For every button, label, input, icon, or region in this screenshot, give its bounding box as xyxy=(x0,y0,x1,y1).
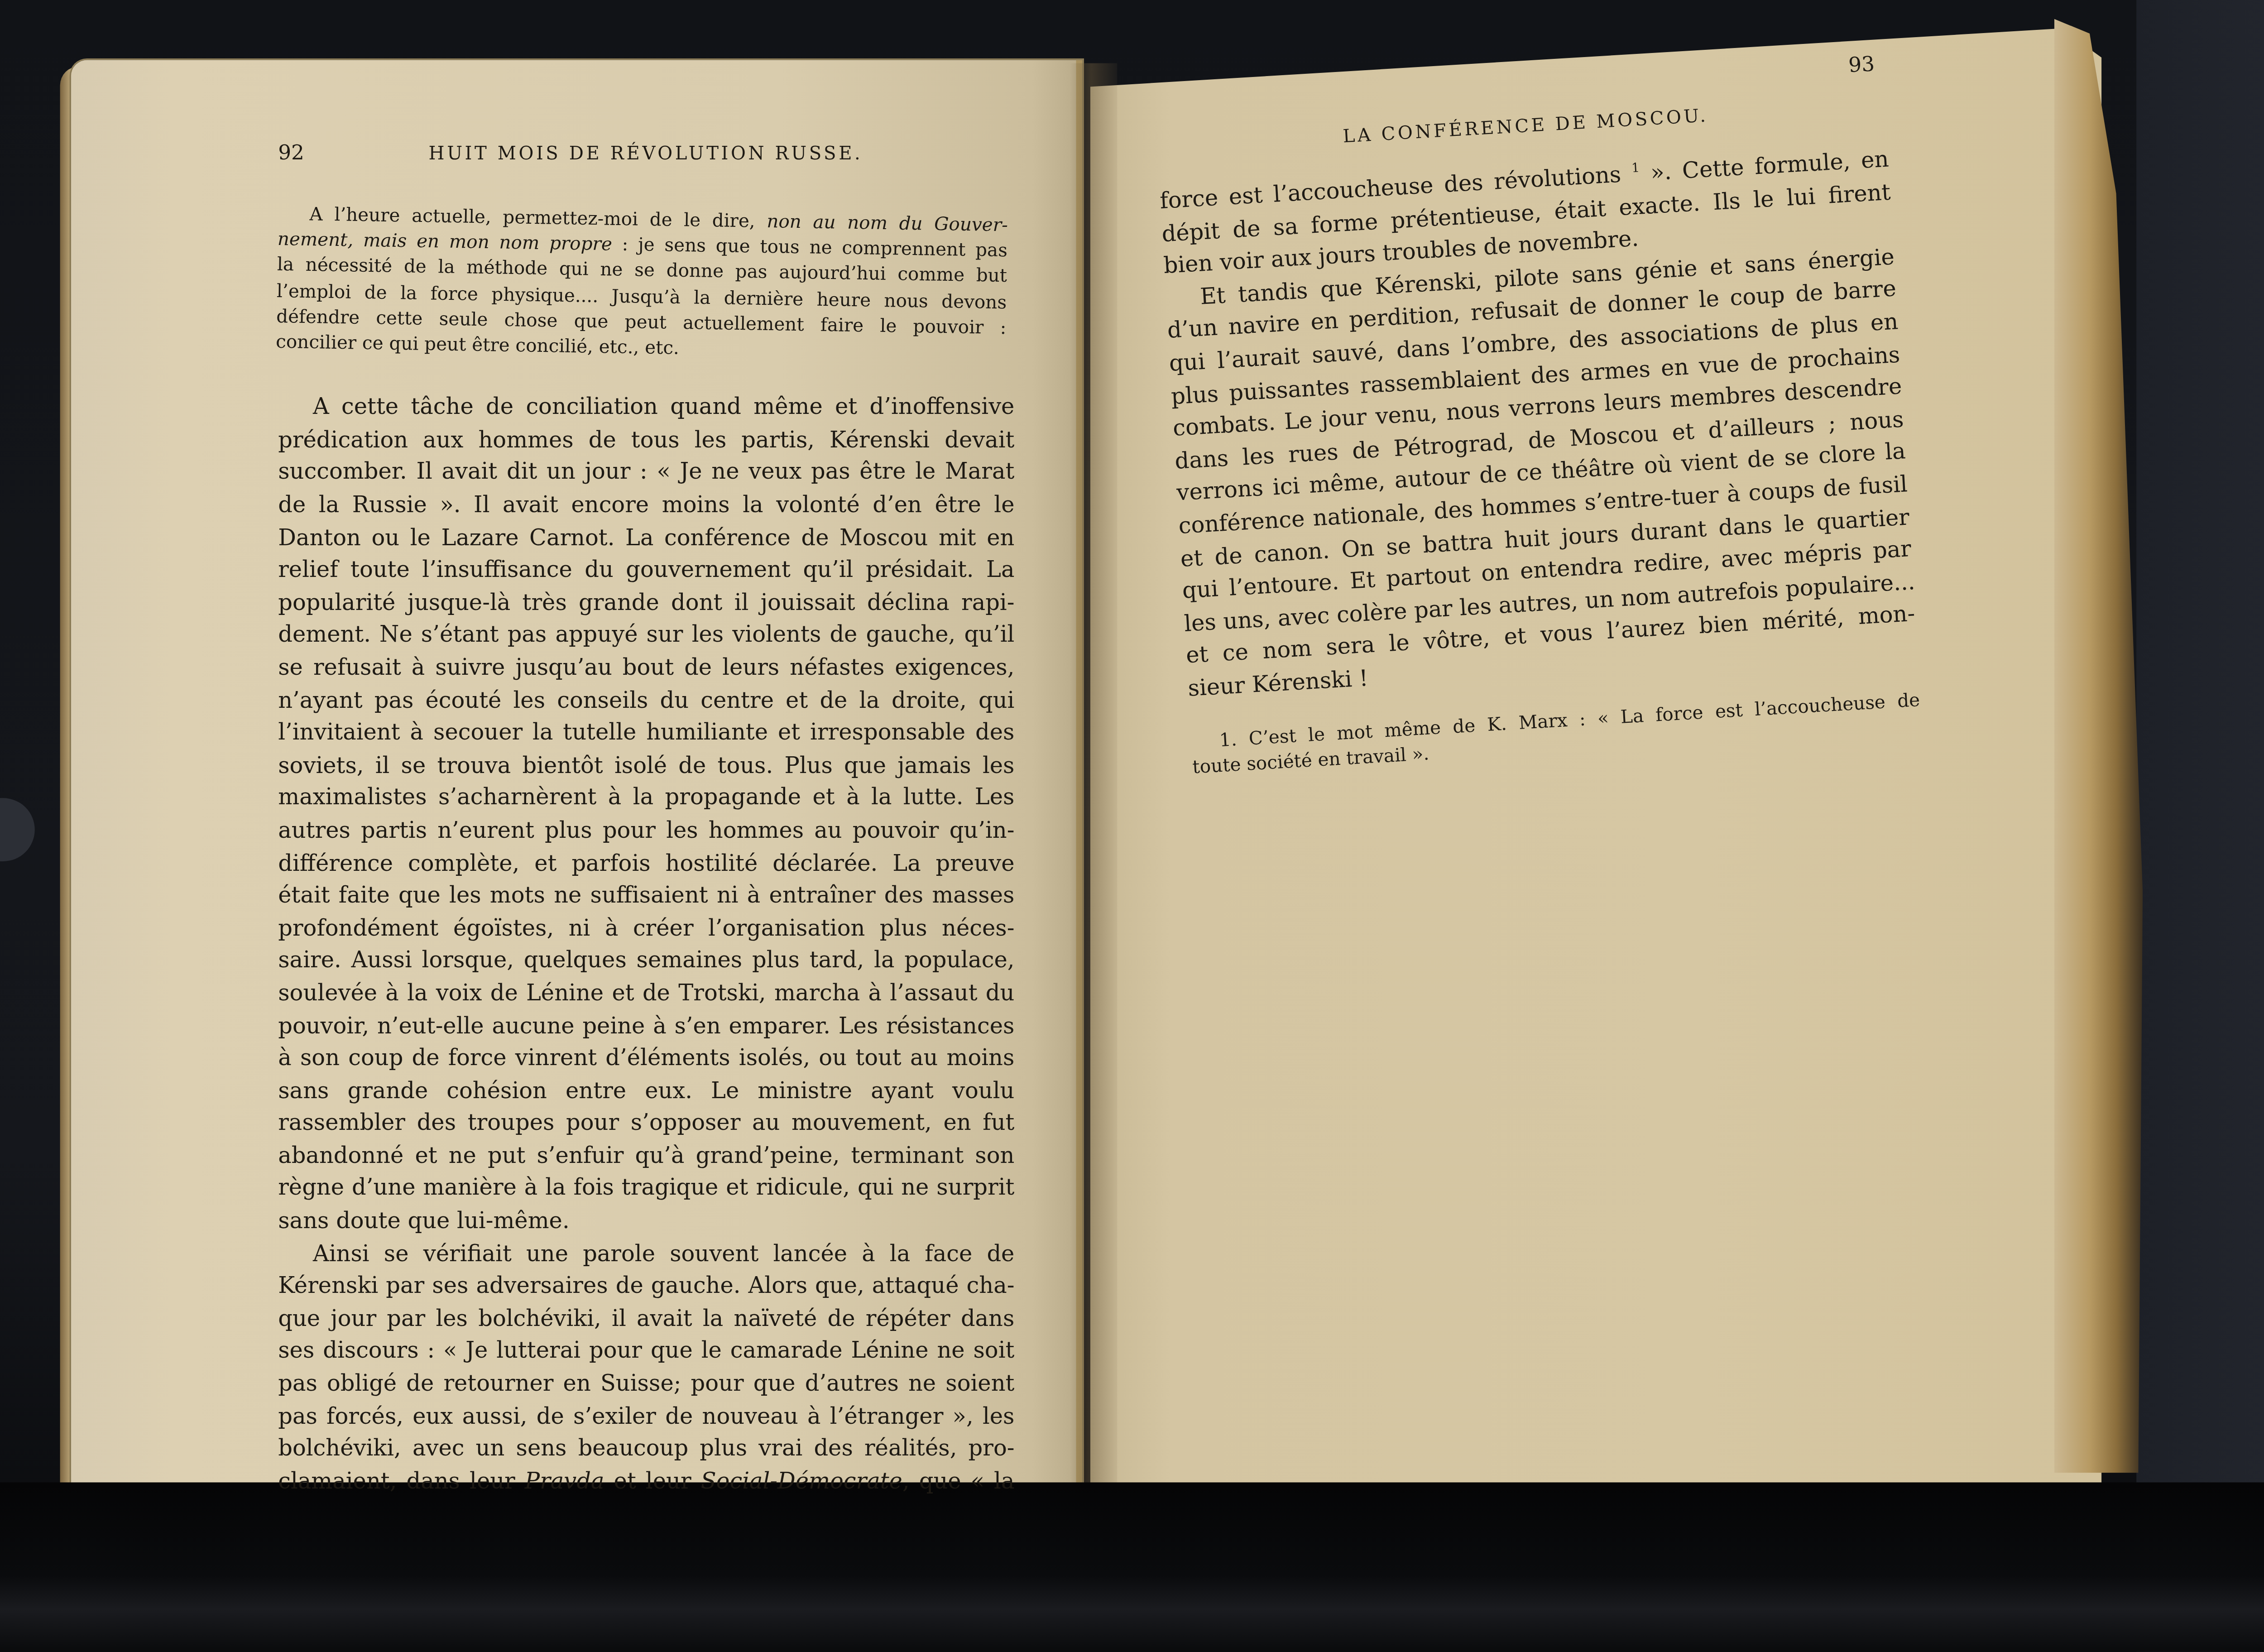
book-gutter xyxy=(1070,63,1118,1486)
book-scan-stage: 92 HUIT MOIS DE RÉVOLUTION RUSSE. A l’he… xyxy=(0,0,2264,1652)
left-page-body: A cette tâche de conciliation quand même… xyxy=(278,392,1014,1499)
text-line: profondément égoïstes, ni à créer l’orga… xyxy=(278,913,1014,946)
text-line: bolchéviki, avec un sens beaucoup plus v… xyxy=(278,1434,1014,1466)
text-line: soulevée à la voix de Lénine et de Trots… xyxy=(278,978,1014,1011)
text-line: Danton ou le Lazare Carnot. La conférenc… xyxy=(278,523,1014,555)
text-line: maximalistes s’acharnèrent à la propagan… xyxy=(278,783,1014,816)
text-line: autres partis n’eurent plus pour les hom… xyxy=(278,816,1014,848)
text-line: se refusait à suivre jusqu’au bout de le… xyxy=(278,653,1014,685)
page-number: 92 xyxy=(278,142,304,166)
right-page-body: force est l’accoucheuse des révolutions … xyxy=(1159,144,1918,706)
left-page-text: 92 HUIT MOIS DE RÉVOLUTION RUSSE. A l’he… xyxy=(278,142,1021,1499)
text-line: que jour par les bolchéviki, il avait la… xyxy=(278,1304,1014,1336)
paragraph: A cette tâche de conciliation quand même… xyxy=(278,392,1014,1239)
text-line: dement. Ne s’étant pas appuyé sur les vi… xyxy=(278,620,1014,653)
text-line: saire. Aussi lorsque, quelques semaines … xyxy=(278,946,1014,978)
text-line: clamaient, dans leur Pravda et leur Soci… xyxy=(278,1466,1014,1499)
text-line: rassembler des troupes pour s’opposer au… xyxy=(278,1108,1014,1141)
text-line: sans doute que lui-même. xyxy=(278,1206,1014,1239)
block-quote: A l’heure actuelle, permettez-moi de le … xyxy=(276,201,1008,366)
text-line: relief toute l’insuffisance du gouvernem… xyxy=(278,555,1014,588)
right-page-fore-edge xyxy=(2054,19,2143,1473)
text-line: n’ayant pas écouté les conseils du centr… xyxy=(278,685,1014,718)
text-line: succomber. Il avait dit un jour : « Je n… xyxy=(278,457,1014,490)
left-page-header: 92 HUIT MOIS DE RÉVOLUTION RUSSE. xyxy=(278,142,863,166)
paragraph: Et tandis que Kérenski, pilote sans géni… xyxy=(1165,242,1918,706)
right-page-text: LA CONFÉRENCE DE MOSCOU. 93 force est l’… xyxy=(1154,49,1935,779)
text-line: prédication aux hommes de tous les parti… xyxy=(278,425,1014,457)
page-number: 93 xyxy=(1848,53,1875,79)
text-line: pas obligé de retourner en Suisse; pour … xyxy=(278,1369,1014,1401)
text-line: à son coup de force vinrent d’éléments i… xyxy=(278,1043,1014,1076)
text-line: règne d’une manière à la fois tragique e… xyxy=(278,1173,1014,1206)
text-line: sans grande cohésion entre eux. Le minis… xyxy=(278,1076,1014,1108)
paragraph: Ainsi se vérifiait une parole souvent la… xyxy=(278,1239,1014,1499)
text-line: abandonné et ne put s’enfuir qu’à grand’… xyxy=(278,1141,1014,1173)
text-line: pas forcés, eux aussi, de s’exiler de no… xyxy=(278,1401,1014,1434)
text-line: Ainsi se vérifiait une parole souvent la… xyxy=(278,1239,1014,1271)
text-line: de la Russie ». Il avait encore moins la… xyxy=(278,490,1014,523)
text-line: popularité jusque-là très grande dont il… xyxy=(278,587,1014,620)
text-line: soviets, il se trouva bientôt isolé de t… xyxy=(278,750,1014,783)
text-line: l’invitaient à secouer la tutelle humili… xyxy=(278,718,1014,750)
text-line: ses discours : « Je lutterai pour que le… xyxy=(278,1336,1014,1369)
text-line: A cette tâche de conciliation quand même… xyxy=(278,392,1014,425)
running-head: HUIT MOIS DE RÉVOLUTION RUSSE. xyxy=(429,142,863,164)
text-line: pouvoir, n’eut-elle aucune peine à s’en … xyxy=(278,1011,1014,1043)
scanner-clip xyxy=(0,798,35,861)
scanner-frame-bottom xyxy=(0,1482,2264,1651)
text-line: Kérenski par ses adversaires de gauche. … xyxy=(278,1271,1014,1304)
text-line: était faite que les mots ne suffisaient … xyxy=(278,880,1014,913)
running-head: LA CONFÉRENCE DE MOSCOU. xyxy=(1342,104,1708,147)
scanner-frame-right xyxy=(2136,0,2264,1652)
text-line: différence complète, et parfois hostilit… xyxy=(278,848,1014,880)
